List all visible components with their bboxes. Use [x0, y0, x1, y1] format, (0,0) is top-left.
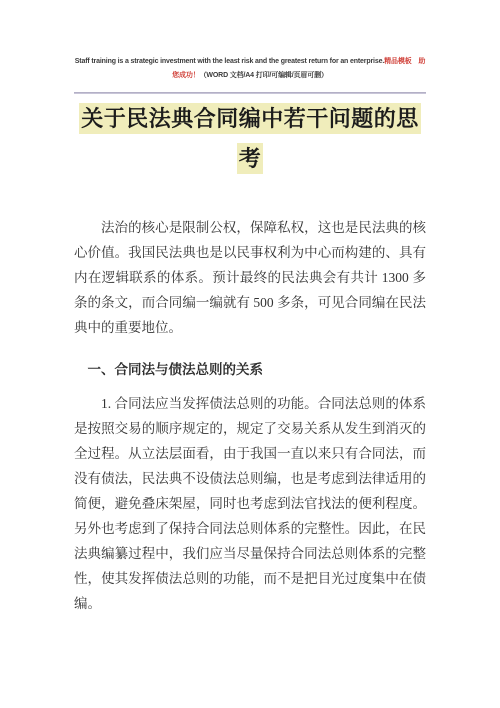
header-english-text: Staff training is a strategic investment…	[75, 58, 384, 65]
title-highlight-line-2: 考	[237, 143, 264, 174]
document-body: 法治的核心是限制公权，保障私权，这也是民法典的核心价值。我国民法典也是以民事权利…	[74, 215, 426, 616]
header-template-note: （WORD 文档/A4 打印/可编辑/页眉可删）	[200, 72, 328, 79]
title-highlight-line-1: 关于民法典合同编中若干问题的思	[79, 103, 421, 134]
paragraph-section-1: 1. 合同法应当发挥债法总则的功能。合同法总则的体系是按照交易的顺序规定的，规定…	[74, 391, 426, 616]
page-header: Staff training is a strategic investment…	[0, 0, 500, 83]
document-title-line-2: 考	[0, 139, 500, 179]
header-line-1: Staff training is a strategic investment…	[0, 55, 500, 69]
header-promo-text-part2: 您成功！	[172, 72, 199, 79]
header-line-2: 您成功！（WORD 文档/A4 打印/可编辑/页眉可删）	[0, 69, 500, 83]
paragraph-intro: 法治的核心是限制公权，保障私权，这也是民法典的核心价值。我国民法典也是以民事权利…	[74, 215, 426, 340]
header-promo-text-part1: 精品模板 助	[384, 58, 425, 65]
document-title-line-1: 关于民法典合同编中若干问题的思	[0, 99, 500, 139]
header-divider-rule	[74, 92, 426, 94]
document-title: 关于民法典合同编中若干问题的思 考	[0, 99, 500, 179]
document-page: Staff training is a strategic investment…	[0, 0, 500, 708]
section-heading-1: 一、合同法与债法总则的关系	[74, 357, 426, 382]
